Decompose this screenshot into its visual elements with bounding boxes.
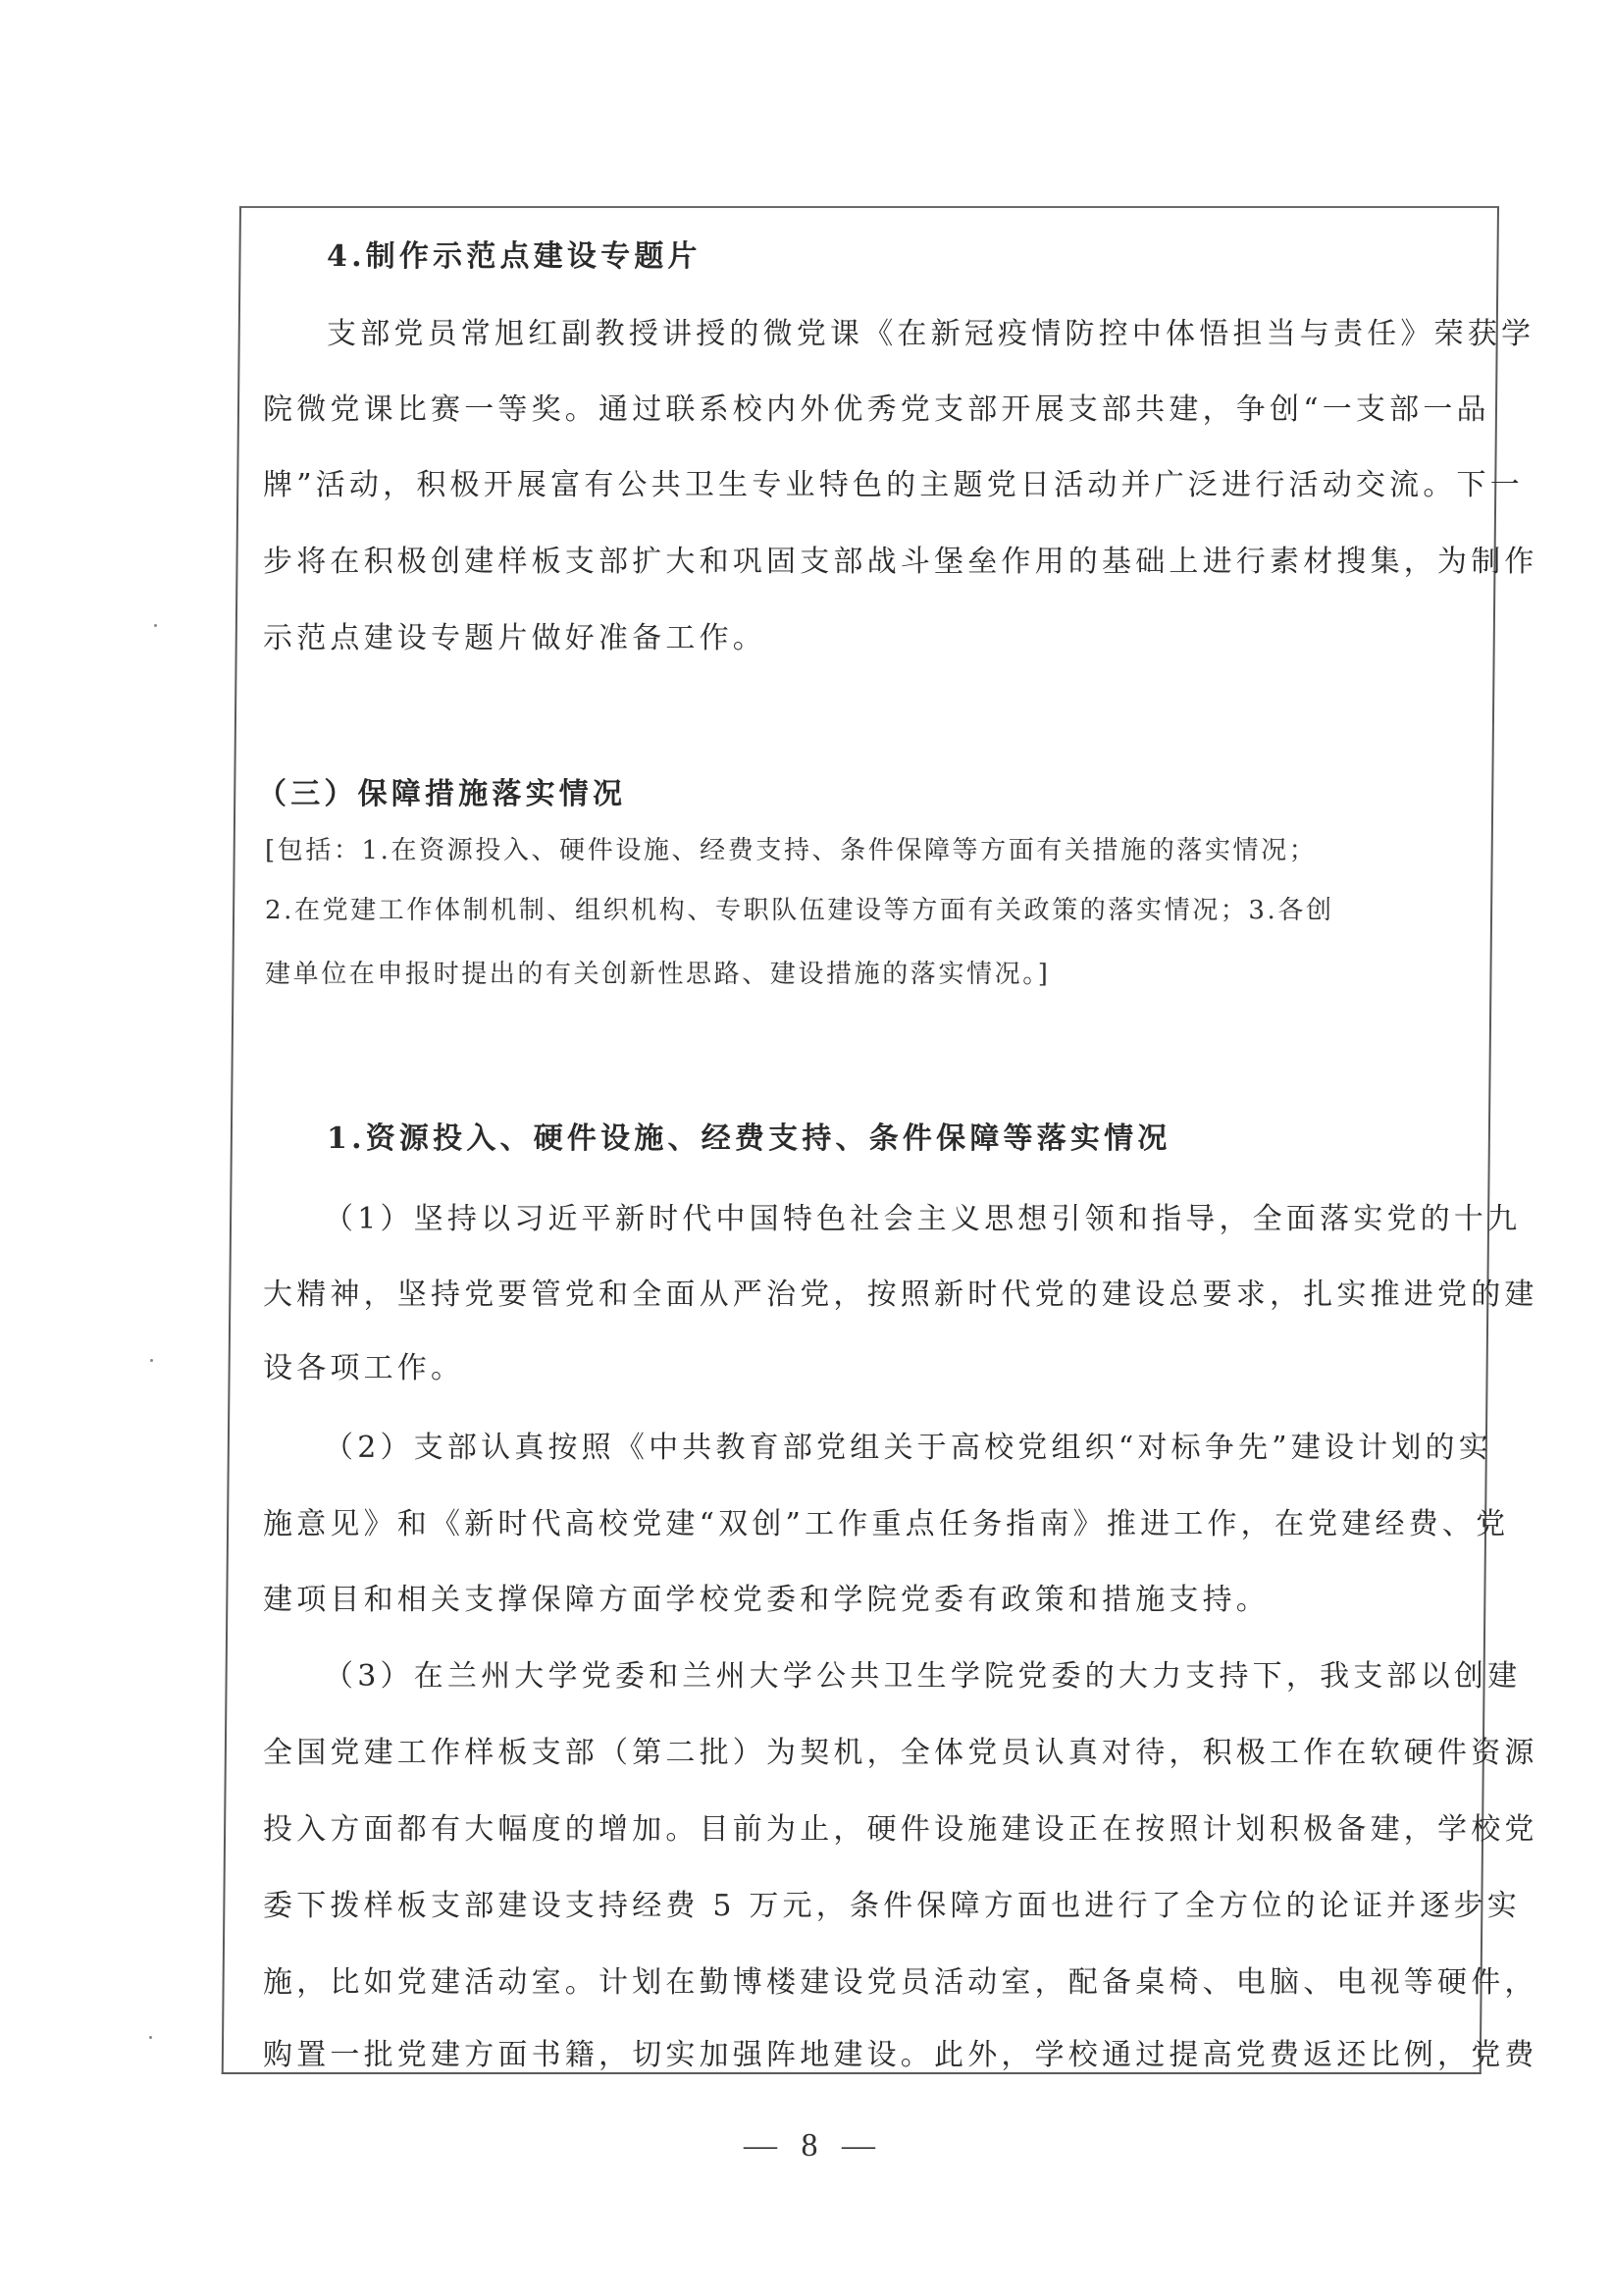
paragraph-line: 购置一批党建方面书籍，切实加强阵地建设。此外，学校通过提高党费返还比例，党费 — [263, 2041, 1538, 2070]
paragraph-line: （3）在兰州大学党委和兰州大学公共卫生学院党委的大力支持下，我支部以创建 — [324, 1662, 1521, 1692]
note-line: 建单位在申报时提出的有关创新性思路、建设措施的落实情况。] — [265, 962, 1051, 987]
paragraph-line: 建项目和相关支撑保障方面学校党委和学院党委有政策和措施支持。 — [263, 1586, 1270, 1615]
paragraph-line: 施意见》和《新时代高校党建“双创”工作重点任务指南》推进工作，在党建经费、党 — [263, 1510, 1509, 1539]
paragraph-line: 委下拨样板支部建设支持经费 5 万元，条件保障方面也进行了全方位的论证并逐步实 — [263, 1892, 1521, 1921]
paragraph-line: 牌”活动，积极开展富有公共卫生专业特色的主题党日活动并广泛进行活动交流。下一 — [263, 471, 1524, 500]
paragraph-line: （2）支部认真按照《中共教育部党组关于高校党组织“对标争先”建设计划的实 — [324, 1434, 1492, 1463]
note-line: [包括：1.在资源投入、硬件设施、经费支持、条件保障等方面有关措施的落实情况； — [265, 838, 1317, 863]
paragraph-line: 大精神，坚持党要管党和全面从严治党，按照新时代党的建设总要求，扎实推进党的建 — [263, 1280, 1538, 1310]
paragraph-line: 投入方面都有大幅度的增加。目前为止，硬件设施建设正在按照计划积极备建，学校党 — [263, 1815, 1538, 1845]
paragraph-line: 全国党建工作样板支部（第二批）为契机，全体党员认真对待，积极工作在软硬件资源 — [263, 1739, 1538, 1768]
paragraph-line: 施，比如党建活动室。计划在勤博楼建设党员活动室，配备桌椅、电脑、电视等硬件， — [263, 1968, 1538, 1998]
paragraph-line: 示范点建设专题片做好准备工作。 — [263, 624, 766, 653]
paragraph-line: 支部党员常旭红副教授讲授的微党课《在新冠疫情防控中体悟担当与责任》荣获学 — [327, 320, 1534, 349]
scan-speck — [154, 624, 157, 627]
note-line: 2.在党建工作体制机制、组织机构、专职队伍建设等方面有关政策的落实情况；3.各创 — [265, 898, 1334, 923]
section-title: 4.制作示范点建设专题片 — [327, 242, 702, 272]
subsection-title: 1.资源投入、硬件设施、经费支持、条件保障等落实情况 — [327, 1124, 1171, 1154]
section-heading: （三）保障措施落实情况 — [257, 780, 626, 809]
paragraph-line: （1）坚持以习近平新时代中国特色社会主义思想引领和指导，全面落实党的十九 — [324, 1205, 1521, 1234]
page-number: — 8 — — [744, 2127, 883, 2165]
paragraph-line: 院微党课比赛一等奖。通过联系校内外优秀党支部开展支部共建，争创“一支部一品 — [263, 395, 1490, 425]
scan-speck — [149, 2036, 152, 2039]
scan-speck — [150, 1359, 153, 1362]
paragraph-line: 步将在积极创建样板支部扩大和巩固支部战斗堡垒作用的基础上进行素材搜集，为制作 — [263, 548, 1538, 577]
paragraph-line: 设各项工作。 — [263, 1354, 464, 1383]
